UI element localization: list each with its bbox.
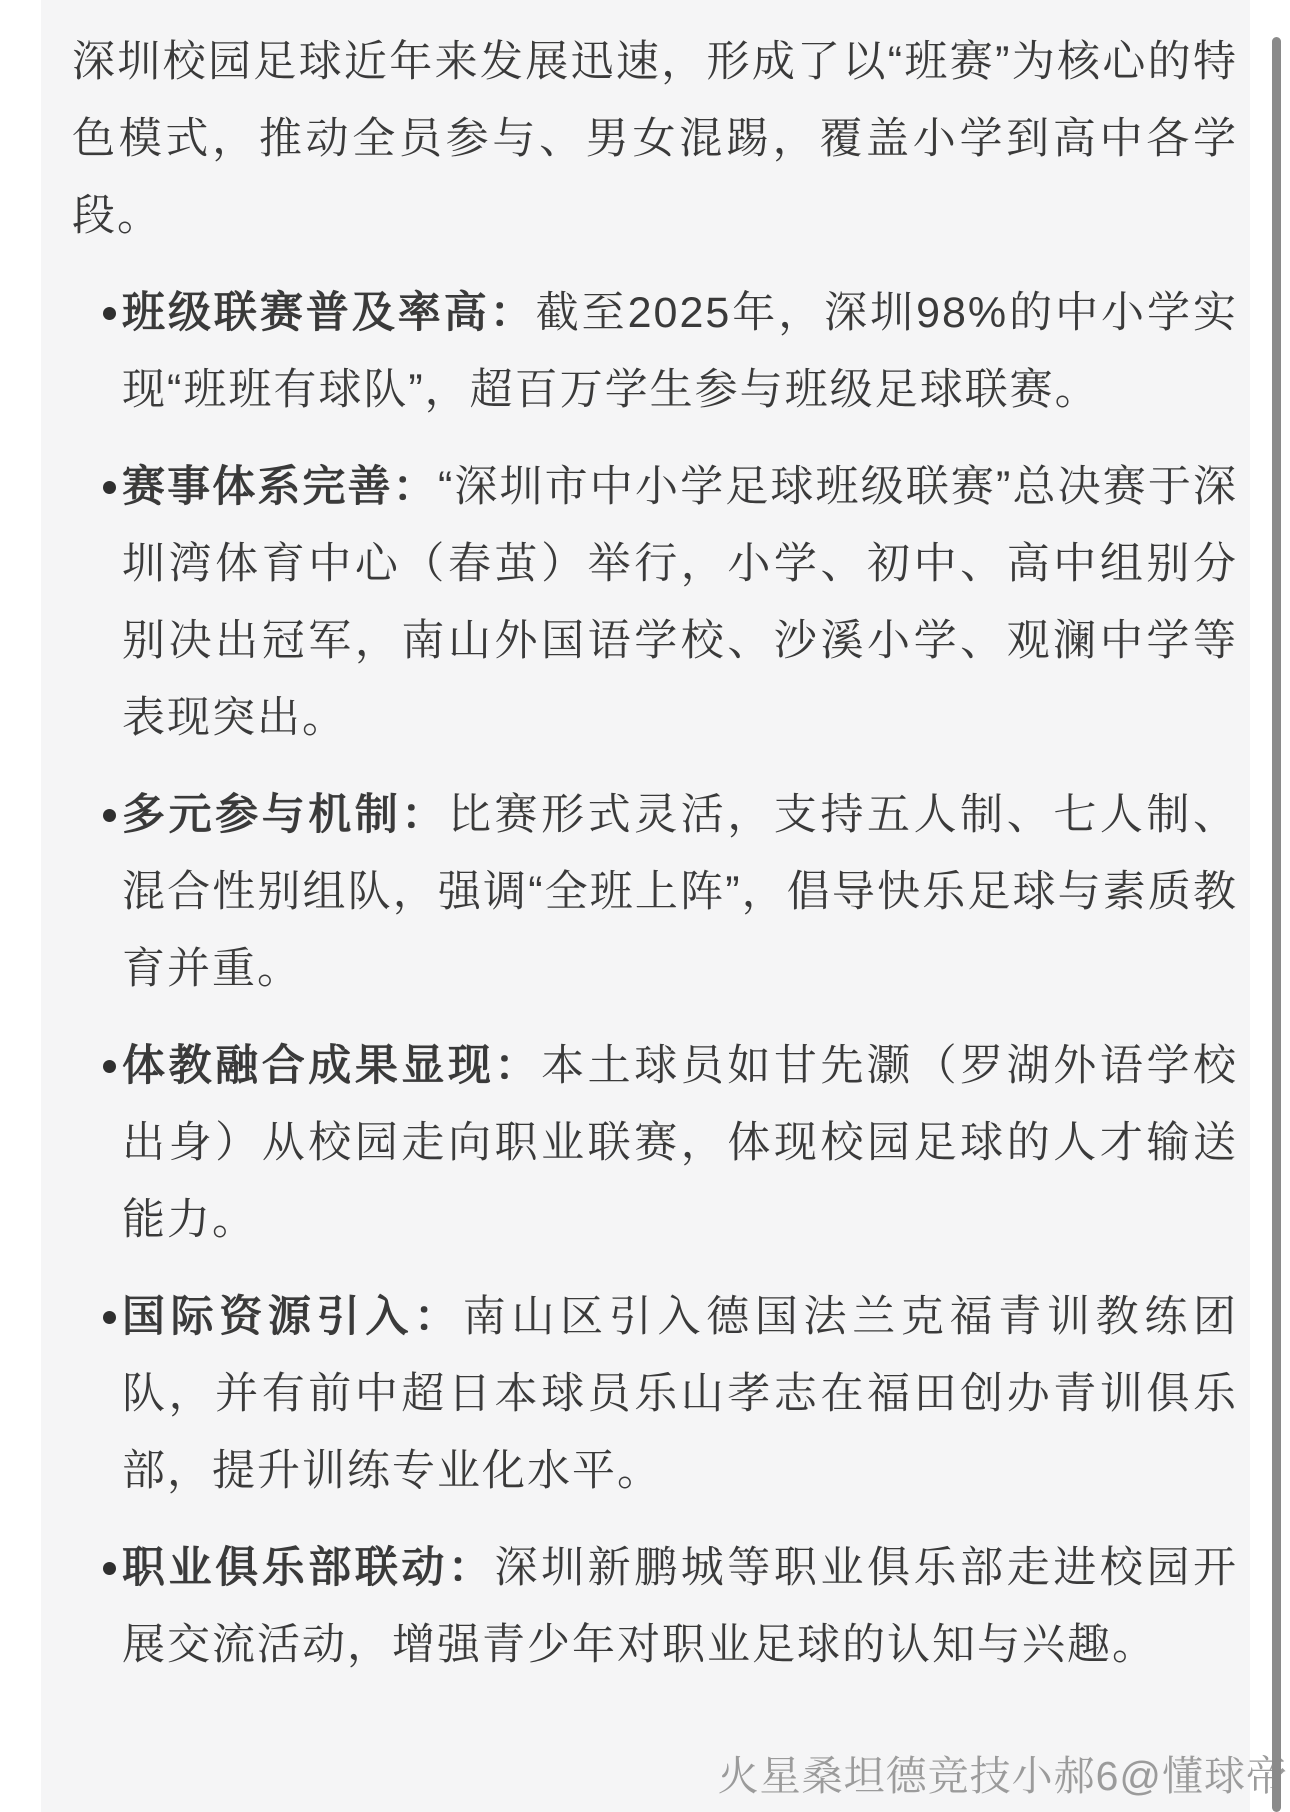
bullet-title: 多元参与机制： — [122, 791, 448, 839]
bullet-title: 班级联赛普及率高： — [122, 289, 536, 337]
content-area: 深圳校园足球近年来发展迅速，形成了以“班赛”为核心的特色模式，推动全员参与、男女… — [41, 0, 1250, 1812]
bullet-title: 赛事体系完善： — [122, 463, 438, 511]
bullet-dot-icon — [103, 1562, 116, 1575]
bullet-dot-icon — [103, 1311, 116, 1324]
bullet-title: 职业俱乐部联动： — [122, 1544, 495, 1592]
bullet-list: 班级联赛普及率高：截至2025年，深圳98%的中小学实现“班班有球队”，超百万学… — [72, 275, 1238, 1684]
bullet-item-competition-system: 赛事体系完善：“深圳市中小学足球班级联赛”总决赛于深圳湾体育中心（春茧）举行，小… — [122, 449, 1238, 757]
intro-paragraph: 深圳校园足球近年来发展迅速，形成了以“班赛”为核心的特色模式，推动全员参与、男女… — [72, 24, 1238, 255]
bullet-dot-icon — [103, 481, 116, 494]
bullet-item-class-league: 班级联赛普及率高：截至2025年，深圳98%的中小学实现“班班有球队”，超百万学… — [122, 275, 1238, 429]
bullet-dot-icon — [103, 809, 116, 822]
bullet-title: 体教融合成果显现： — [122, 1042, 541, 1090]
bullet-dot-icon — [103, 307, 116, 320]
bullet-item-pro-club-linkage: 职业俱乐部联动：深圳新鹏城等职业俱乐部走进校园开展交流活动，增强青少年对职业足球… — [122, 1530, 1238, 1684]
bullet-title: 国际资源引入： — [122, 1293, 463, 1341]
watermark: 火星桑坦德竞技小郝6@懂球帝 — [718, 1743, 1288, 1802]
bullet-item-participation: 多元参与机制：比赛形式灵活，支持五人制、七人制、混合性别组队，强调“全班上阵”，… — [122, 777, 1238, 1008]
bullet-dot-icon — [103, 1060, 116, 1073]
bullet-item-international-resources: 国际资源引入：南山区引入德国法兰克福青训教练团队，并有前中超日本球员乐山孝志在福… — [122, 1279, 1238, 1510]
scrollbar-thumb[interactable] — [1272, 37, 1281, 1812]
bullet-item-sports-education: 体教融合成果显现：本土球员如甘先灏（罗湖外语学校出身）从校园走向职业联赛，体现校… — [122, 1028, 1238, 1259]
